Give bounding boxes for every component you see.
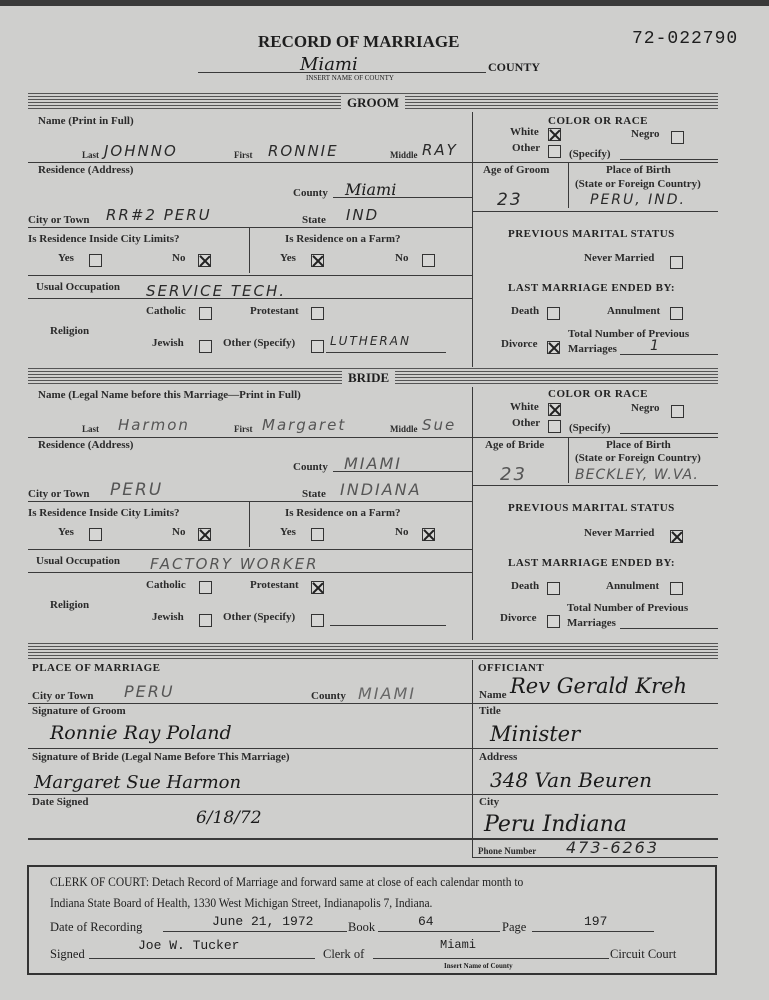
officiant-name-label: Name [479, 689, 507, 701]
bride-birthplace-value[interactable]: BECKLEY, W.VA. [575, 467, 699, 483]
circuit-court-label: Circuit Court [610, 947, 676, 962]
groom-last-label: Last [82, 150, 99, 160]
bride-white-label: White [510, 401, 539, 413]
groom-signature-label: Signature of Groom [32, 705, 126, 717]
groom-middle-label: Middle [390, 150, 418, 160]
bride-birth-label: Place of Birth [606, 439, 671, 451]
groom-protestant-checkbox[interactable] [311, 307, 324, 320]
bride-city-no-label: No [172, 526, 185, 538]
bride-white-checkbox[interactable] [548, 403, 561, 416]
groom-white-checkbox[interactable] [548, 128, 561, 141]
bride-last-ended-heading: LAST MARRIAGE ENDED BY: [508, 557, 675, 569]
bride-section-label: BRIDE [342, 370, 395, 386]
bride-first-name[interactable]: Margaret [262, 416, 346, 434]
groom-signature[interactable]: Ronnie Ray Poland [50, 722, 232, 744]
signed-label: Signed [50, 947, 85, 962]
bride-farm-no-checkbox[interactable] [422, 528, 435, 541]
recording-date-label: Date of Recording [50, 920, 142, 935]
groom-protestant-label: Protestant [250, 305, 299, 317]
officiant-city-label: City [479, 796, 499, 808]
bride-total-prev-label: Total Number of Previous [567, 602, 688, 614]
groom-divorce-label: Divorce [501, 338, 537, 350]
groom-farm-no-label: No [395, 252, 408, 264]
groom-section-band: GROOM [28, 93, 718, 111]
scan-edge [0, 0, 769, 6]
county-label: COUNTY [488, 60, 540, 75]
groom-farm-yes-checkbox[interactable] [311, 254, 324, 267]
bride-farm-yes-checkbox[interactable] [311, 528, 324, 541]
bride-other-religion-label: Other (Specify) [223, 611, 295, 623]
bride-race-specify-label: (Specify) [569, 422, 611, 434]
groom-last-name[interactable]: JOHNNO [104, 142, 178, 160]
clerk-county-hint: Insert Name of County [444, 962, 513, 970]
groom-catholic-label: Catholic [146, 305, 186, 317]
bride-last-name[interactable]: Harmon [118, 416, 190, 434]
bride-divorce-checkbox[interactable] [547, 615, 560, 628]
bride-never-married-checkbox[interactable] [670, 530, 683, 543]
groom-jewish-checkbox[interactable] [199, 340, 212, 353]
place-city-value[interactable]: PERU [124, 682, 175, 701]
book-label: Book [348, 920, 375, 935]
county-hint: INSERT NAME OF COUNTY [306, 74, 394, 82]
groom-first-name[interactable]: RONNIE [268, 142, 339, 160]
bride-religion-label: Religion [50, 599, 89, 611]
bride-prev-status-heading: PREVIOUS MARITAL STATUS [508, 502, 675, 514]
groom-residence-label: Residence (Address) [38, 164, 133, 176]
bride-protestant-label: Protestant [250, 579, 299, 591]
bride-city-yes-label: Yes [58, 526, 74, 538]
bride-signature-label: Signature of Bride (Legal Name Before Th… [32, 751, 290, 763]
groom-death-label: Death [511, 305, 539, 317]
groom-first-label: First [234, 150, 253, 160]
officiant-title-label: Title [479, 705, 501, 717]
groom-death-checkbox[interactable] [547, 307, 560, 320]
bride-city-no-checkbox[interactable] [198, 528, 211, 541]
bride-catholic-label: Catholic [146, 579, 186, 591]
bride-state-label: State [302, 488, 326, 500]
bride-occupation-value[interactable]: FACTORY WORKER [150, 555, 319, 573]
bride-section-band: BRIDE [28, 368, 718, 386]
groom-city-yes-label: Yes [58, 252, 74, 264]
groom-religion-label: Religion [50, 325, 89, 337]
bride-city-label: City or Town [28, 488, 90, 500]
bride-jewish-label: Jewish [152, 611, 184, 623]
groom-state-label: State [302, 214, 326, 226]
bride-farm-label: Is Residence on a Farm? [285, 507, 401, 519]
groom-inside-city-label: Is Residence Inside City Limits? [28, 233, 180, 245]
bride-race-other-checkbox[interactable] [548, 420, 561, 433]
place-section-band [28, 643, 718, 659]
bride-inside-city-label: Is Residence Inside City Limits? [28, 507, 180, 519]
bride-middle-label: Middle [390, 424, 418, 434]
bride-race-label: COLOR OR RACE [548, 388, 648, 400]
bride-first-label: First [234, 424, 253, 434]
page-label: Page [502, 920, 526, 935]
place-county-value[interactable]: MIAMI [358, 684, 416, 703]
bride-death-checkbox[interactable] [547, 582, 560, 595]
place-county-label: County [311, 690, 346, 702]
place-city-label: City or Town [32, 690, 94, 702]
groom-prev-status-heading: PREVIOUS MARITAL STATUS [508, 228, 675, 240]
groom-section-label: GROOM [341, 95, 405, 111]
groom-city-value[interactable]: RR#2 PERU [106, 206, 212, 224]
groom-city-label: City or Town [28, 214, 90, 226]
groom-divorce-checkbox[interactable] [547, 341, 560, 354]
groom-farm-label: Is Residence on a Farm? [285, 233, 401, 245]
bride-city-yes-checkbox[interactable] [89, 528, 102, 541]
bride-annulment-label: Annulment [606, 580, 659, 592]
bride-divorce-label: Divorce [500, 612, 536, 624]
groom-annulment-checkbox[interactable] [670, 307, 683, 320]
book-value[interactable]: 64 [418, 914, 434, 929]
groom-city-no-checkbox[interactable] [198, 254, 211, 267]
date-signed-label: Date Signed [32, 796, 89, 808]
place-heading: PLACE OF MARRIAGE [32, 662, 160, 674]
clerk-instructions-line2: Indiana State Board of Health, 1330 West… [50, 896, 432, 911]
groom-name-label: Name (Print in Full) [38, 115, 134, 127]
groom-middle-name[interactable]: RAY [422, 141, 458, 159]
clerk-instructions-line1: CLERK OF COURT: Detach Record of Marriag… [50, 875, 523, 890]
bride-birth-sub-label: (State or Foreign Country) [575, 452, 701, 464]
groom-farm-yes-label: Yes [280, 252, 296, 264]
groom-negro-label: Negro [631, 128, 660, 140]
groom-birth-sub-label: (State or Foreign Country) [575, 178, 701, 190]
bride-other-religion-checkbox[interactable] [311, 614, 324, 627]
groom-age-value[interactable]: 23 [497, 190, 523, 210]
officiant-phone-label: Phone Number [478, 846, 536, 856]
bride-state-value[interactable]: INDIANA [340, 480, 422, 499]
groom-age-label: Age of Groom [483, 164, 549, 176]
bride-protestant-checkbox[interactable] [311, 581, 324, 594]
groom-never-married-checkbox[interactable] [670, 256, 683, 269]
bride-death-label: Death [511, 580, 539, 592]
groom-catholic-checkbox[interactable] [199, 307, 212, 320]
groom-total-prev-label: Total Number of Previous [568, 328, 689, 340]
bride-farm-no-label: No [395, 526, 408, 538]
record-number: 72-022790 [632, 29, 738, 49]
bride-age-label: Age of Bride [485, 439, 544, 451]
signed-value[interactable]: Joe W. Tucker [138, 938, 239, 953]
groom-farm-no-checkbox[interactable] [422, 254, 435, 267]
groom-never-married-label: Never Married [584, 252, 654, 264]
groom-race-other-checkbox[interactable] [548, 145, 561, 158]
document-title: RECORD OF MARRIAGE [258, 32, 459, 52]
bride-occupation-label: Usual Occupation [36, 555, 120, 567]
bride-jewish-checkbox[interactable] [199, 614, 212, 627]
officiant-address-value[interactable]: 348 Van Beuren [490, 768, 652, 792]
bride-race-other-label: Other [512, 417, 540, 429]
bride-county-label: County [293, 461, 328, 473]
date-signed-value[interactable]: 6/18/72 [196, 808, 262, 828]
bride-age-value[interactable]: 23 [500, 464, 527, 485]
groom-marriages-label: Marriages [568, 343, 617, 355]
groom-other-religion-checkbox[interactable] [311, 340, 324, 353]
bride-city-value[interactable]: PERU [110, 480, 163, 500]
groom-county-label: County [293, 187, 328, 199]
bride-last-label: Last [82, 424, 99, 434]
groom-religion-other-value[interactable]: LUTHERAN [330, 334, 411, 348]
groom-annulment-label: Annulment [607, 305, 660, 317]
groom-birth-label: Place of Birth [606, 164, 671, 176]
groom-white-label: White [510, 126, 539, 138]
groom-race-other-label: Other [512, 142, 540, 154]
officiant-heading: OFFICIANT [478, 662, 544, 674]
groom-negro-checkbox[interactable] [671, 131, 684, 144]
clerk-of-label: Clerk of [323, 947, 364, 962]
groom-birthplace-value[interactable]: PERU, IND. [590, 192, 686, 208]
page-value[interactable]: 197 [584, 914, 607, 929]
recording-date-value[interactable]: June 21, 1972 [212, 914, 313, 929]
bride-catholic-checkbox[interactable] [199, 581, 212, 594]
officiant-phone-value[interactable]: 473-6263 [566, 838, 659, 857]
groom-jewish-label: Jewish [152, 337, 184, 349]
groom-other-religion-label: Other (Specify) [223, 337, 295, 349]
bride-signature[interactable]: Margaret Sue Harmon [34, 772, 241, 793]
bride-marriages-label: Marriages [567, 617, 616, 629]
groom-state-value[interactable]: IND [346, 206, 379, 224]
officiant-city-value[interactable]: Peru Indiana [484, 812, 627, 837]
bride-name-label: Name (Legal Name before this Marriage—Pr… [38, 389, 301, 401]
clerk-of-value[interactable]: Miami [440, 938, 476, 952]
bride-negro-label: Negro [631, 402, 660, 414]
bride-residence-label: Residence (Address) [38, 439, 133, 451]
groom-occupation-label: Usual Occupation [36, 281, 120, 293]
bride-negro-checkbox[interactable] [671, 405, 684, 418]
bride-middle-name[interactable]: Sue [422, 416, 456, 434]
bride-farm-yes-label: Yes [280, 526, 296, 538]
officiant-title-value[interactable]: Minister [490, 722, 580, 746]
groom-race-label: COLOR OR RACE [548, 115, 648, 127]
groom-race-specify-label: (Specify) [569, 148, 611, 160]
bride-never-married-label: Never Married [584, 527, 654, 539]
groom-city-yes-checkbox[interactable] [89, 254, 102, 267]
officiant-address-label: Address [479, 751, 517, 763]
county-value[interactable]: Miami [300, 54, 358, 75]
groom-total-prev-value[interactable]: 1 [650, 338, 661, 354]
officiant-name-value[interactable]: Rev Gerald Kreh [510, 674, 687, 698]
bride-annulment-checkbox[interactable] [670, 582, 683, 595]
groom-last-ended-heading: LAST MARRIAGE ENDED BY: [508, 282, 675, 294]
groom-city-no-label: No [172, 252, 185, 264]
